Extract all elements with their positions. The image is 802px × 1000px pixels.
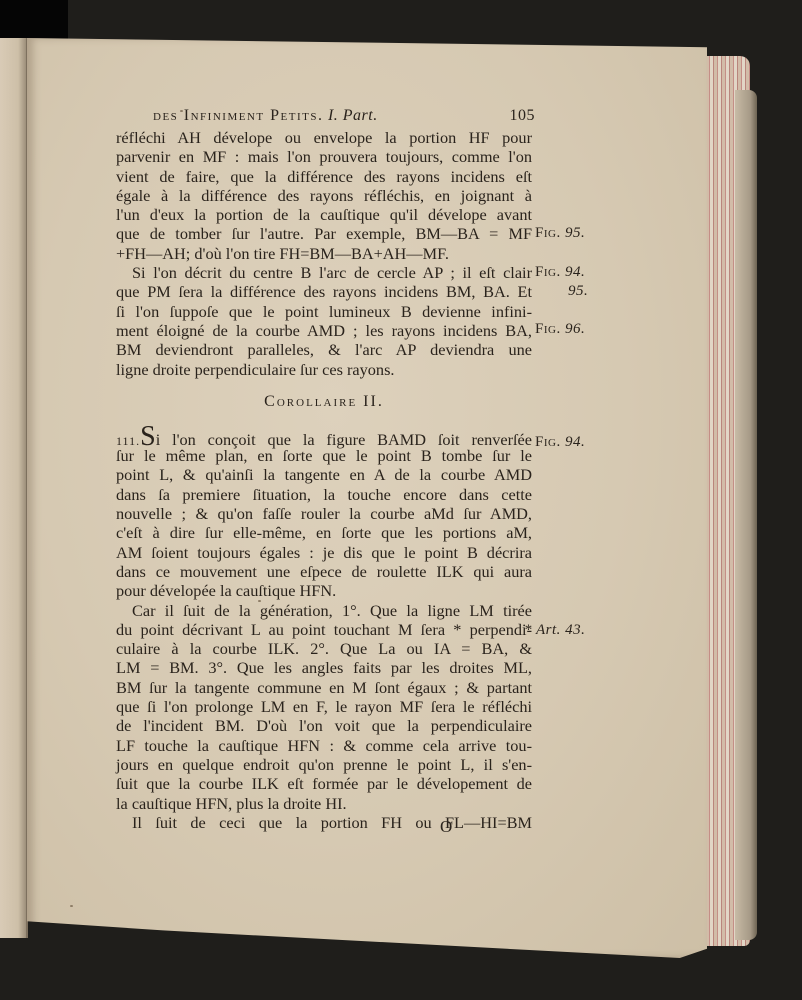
text-line: égale à la différence des rayons réfléch… [116, 186, 532, 205]
body-text: réfléchi AH dévelope ou envelope la port… [116, 128, 532, 832]
text-line: LF touche la cauſtique HFN : & comme cel… [116, 736, 532, 755]
text-line: ſuit que la courbe ILK eſt formée par le… [116, 774, 532, 793]
text-line: parvenir en MF : mais l'on prouvera touj… [116, 147, 532, 166]
text-line: ſur le même plan, en ſorte que le point … [116, 446, 532, 465]
paper-speck [180, 110, 183, 112]
running-head-part: I. Part. [328, 107, 378, 124]
running-head-title: des Infiniment Petits. [153, 107, 323, 124]
text-line: nouvelle ; & qu'on faſſe rouler la courb… [116, 504, 532, 523]
text-line: Il ſuit de ceci que la portion FH ou FL—… [116, 813, 532, 832]
text-line: BM deviendront paralleles, & l'arc AP de… [116, 340, 532, 359]
text-line: que ſi l'on prolonge LM en F, le rayon M… [116, 697, 532, 716]
text-line: BM ſur la tangente commune en M ſont éga… [116, 678, 532, 697]
text-line: ment éloigné de la courbe AMD ; les rayo… [116, 321, 532, 340]
background-corner [0, 0, 68, 40]
text-line: que de tomber ſur l'autre. Par exemple, … [116, 224, 532, 243]
section-first-line: 111.Si l'on conçoit que la figure BAMD ſ… [116, 427, 532, 446]
text-line: pour dévelopée la cauſtique HFN. [116, 581, 532, 600]
text-line: +FH—AH; d'où l'on tire FH=BM—BA+AH—MF. [116, 244, 532, 263]
paper-speck [258, 600, 261, 602]
text-line: culaire à la courbe ILK. 2°. Que La ou I… [116, 639, 532, 658]
signature-mark: O [440, 817, 452, 837]
running-head: des Infiniment Petits. I. Part. 105 [153, 107, 535, 125]
section-heading: Corollaire II. [116, 379, 532, 417]
text-line: réfléchi AH dévelope ou envelope la port… [116, 128, 532, 147]
margin-note-fig-95b: 95. [568, 283, 588, 300]
text-line: du point décrivant L au point touchant M… [116, 620, 532, 639]
margin-note-fig-95: Fig. 95. [535, 225, 585, 242]
margin-note-fig-94b: Fig. 94. [535, 434, 585, 451]
text-line: dans ſa premiere ſituation, la touche en… [116, 485, 532, 504]
text-line: Si l'on décrit du centre B l'arc de cerc… [116, 263, 532, 282]
text-line: l'un d'eux la portion de la cauſtique qu… [116, 205, 532, 224]
text-line: jours en quelque endroit qu'on prenne le… [116, 755, 532, 774]
margin-note-fig-96: Fig. 96. [535, 321, 585, 338]
text-line: LM = BM. 3°. Que les angles faits par le… [116, 658, 532, 677]
text-line: Car il ſuit de la génération, 1°. Que la… [116, 601, 532, 620]
page-number: 105 [510, 107, 536, 125]
text-line: ligne droite perpendiculaire ſur ces ray… [116, 360, 532, 379]
text-line: vient de faire, que la différence des ra… [116, 167, 532, 186]
margin-note-fig-94: Fig. 94. [535, 264, 585, 281]
facing-page-edge [0, 38, 28, 938]
paper-speck [70, 905, 73, 907]
text-line: dans ce mouvement une eſpece de roulette… [116, 562, 532, 581]
page-fore-edge [735, 90, 757, 940]
text-line: point L, & qu'ainſi la tangente en A de … [116, 465, 532, 484]
text-line: ſi l'on ſuppoſe que le point lumineux B … [116, 302, 532, 321]
margin-note-art-43: * Art. 43. [524, 622, 585, 639]
text-line: que PM ſera la différence des rayons inc… [116, 282, 532, 301]
text-line: la cauſtique HFN, plus la droite HI. [116, 794, 532, 813]
text-line: c'eſt à dire ſur elle-même, en ſorte que… [116, 523, 532, 542]
text-line: de l'incident BM. D'où l'on voit que la … [116, 716, 532, 735]
text-line: AM ſoient toujours égales : je dis que l… [116, 543, 532, 562]
